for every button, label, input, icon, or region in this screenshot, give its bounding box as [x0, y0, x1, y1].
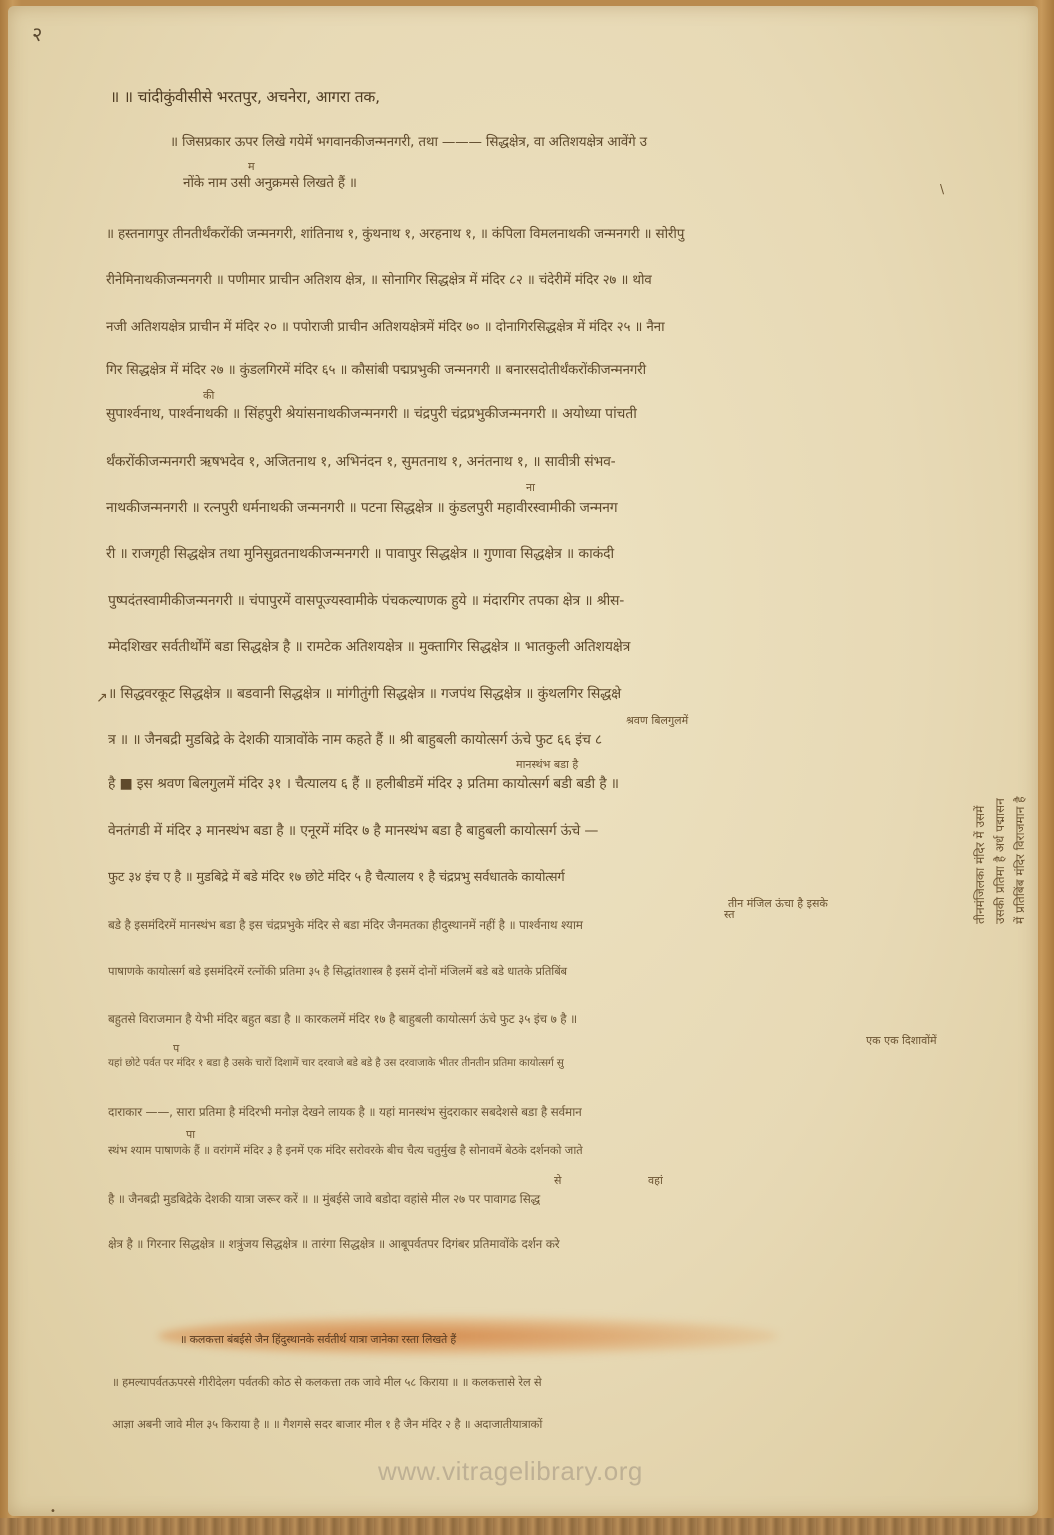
body-line: सुपार्श्वनाथ, पार्श्वनाथकी ॥ सिंहपुरी श्… — [106, 404, 637, 423]
body-line: म्मेदशिखर सर्वतीर्थोंमें बडा सिद्धक्षेत्… — [108, 637, 630, 656]
manuscript-page: २ ॥ ॥ चांदीकुंवीसीसे भरतपुर, अचनेरा, आगर… — [8, 6, 1038, 1516]
interlinear-note: से — [554, 1173, 561, 1188]
stray-mark: \ — [940, 182, 944, 196]
interlinear-note: प — [173, 1041, 179, 1056]
interlinear-note: पा — [186, 1127, 195, 1142]
body-line: ॥ हस्तनागपुर तीनतीर्थंकरोंकी जन्मनगरी, श… — [106, 224, 684, 242]
interlinear-note: वहां — [648, 1173, 663, 1188]
intro-line-1: ॥ जिसप्रकार ऊपर लिखे गयेमें भगवानकीजन्मन… — [170, 132, 647, 150]
body-line: ॥ सिद्धवरकूट सिद्धक्षेत्र ॥ बडवानी सिद्ध… — [108, 684, 621, 703]
body-line: री ॥ राजगृही सिद्धक्षेत्र तथा मुनिसुव्रत… — [106, 544, 614, 563]
body-line: रीनेमिनाथकीजन्मनगरी ॥ पणीमार प्राचीन अति… — [106, 270, 652, 288]
interlinear-note: ना — [526, 480, 535, 495]
body-line: बहुतसे विराजमान है येभी मंदिर बहुत बडा ह… — [108, 1010, 577, 1027]
intro-insert-mark: म — [248, 159, 255, 174]
body-line: है ■ इस श्रवण बिलगुलमें मंदिर ३१ । चैत्य… — [108, 774, 619, 793]
margin-note-line: उसकी प्रतिमा है अर्ध पद्मासन — [991, 634, 1009, 924]
intro-line-2: नोंके नाम उसी अनुक्रमसे लिखते हैं ॥ — [183, 173, 357, 191]
section-title: ॥ ॥ चांदीकुंवीसीसे भरतपुर, अचनेरा, आगरा … — [110, 85, 380, 107]
body-line: यहां छोटे पर्वत पर मंदिर १ बडा है उसके च… — [108, 1056, 564, 1070]
body-line: वेनतंगडी में मंदिर ३ मानस्थंभ बडा है ॥ ए… — [108, 821, 598, 840]
footer-line-2: आज्ञा अबनी जावे मील ३५ किराया है ॥ ॥ गैश… — [112, 1417, 542, 1432]
interlinear-note: मानस्थंभ बडा है — [516, 757, 578, 772]
body-line: गिर सिद्धक्षेत्र में मंदिर २७ ॥ कुंडलगिर… — [106, 360, 646, 378]
body-line: क्षेत्र है ॥ गिरनार सिद्धक्षेत्र ॥ शत्रु… — [108, 1235, 559, 1252]
interlinear-note: एक एक दिशावोंमें — [866, 1033, 937, 1048]
footer-line-1: ॥ हमल्यापर्वतऊपरसे गीरीदेलग पर्वतकी कोठ … — [112, 1375, 542, 1390]
stray-mark: • — [50, 1506, 56, 1517]
interlinear-note: स्त — [724, 907, 735, 922]
footer-heading: ॥ कलकत्ता बंबईसे जैन हिंदुस्थानके सर्वती… — [180, 1332, 456, 1347]
page-number: २ — [32, 20, 42, 47]
body-line: त्र ॥ ॥ जैनबद्री मुडबिद्रे के देशकी यात्… — [108, 730, 602, 749]
body-line: दाराकार ——, सारा प्रतिमा है मंदिरभी मनोज… — [108, 1103, 582, 1120]
interlinear-note: की — [203, 388, 214, 403]
margin-note-line: तीनमंजिलका मंदिर में उसमें — [971, 634, 989, 924]
body-line: स्थंभ श्याम पाषाणके हैं ॥ वरांगमें मंदिर… — [108, 1143, 582, 1158]
watermark: www.vitragelibrary.org — [378, 1456, 643, 1487]
body-line: है ॥ जैनबद्री मुडबिद्रेके देशकी यात्रा ज… — [108, 1190, 540, 1207]
body-line: पाषाणके कायोत्सर्ग बडे इसमंदिरमें रत्नों… — [108, 964, 567, 979]
margin-note: तीनमंजिलका मंदिर में उसमें उसकी प्रतिमा … — [971, 634, 1041, 924]
body-line: बडे है इसमंदिरमें मानस्थंभ बडा है इस चंद… — [108, 916, 583, 933]
margin-note-line: में प्रतिबिंब मंदिर विराजमान है — [1011, 634, 1029, 924]
body-line: नजी अतिशयक्षेत्र प्राचीन में मंदिर २० ॥ … — [106, 317, 664, 335]
body-line: नाथकीजन्मनगरी ॥ रत्नपुरी धर्मनाथकी जन्मन… — [106, 498, 617, 517]
interlinear-note: श्रवण बिलगुलमें — [626, 713, 688, 728]
margin-arrow-mark: ↗ — [96, 690, 108, 706]
body-line: र्थंकरोंकीजन्मनगरी ऋषभदेव १, अजितनाथ १, … — [106, 452, 616, 471]
interlinear-note: तीन मंजिल ऊंचा है इसके — [728, 896, 828, 911]
body-line: पुष्पदंतस्वामीकीजन्मनगरी ॥ चंपापुरमें वा… — [108, 591, 624, 610]
body-line: फुट ३४ इंच ए है ॥ मुडबिद्रे में बडे मंदि… — [108, 867, 564, 885]
bottom-page-edge — [0, 1518, 1054, 1535]
